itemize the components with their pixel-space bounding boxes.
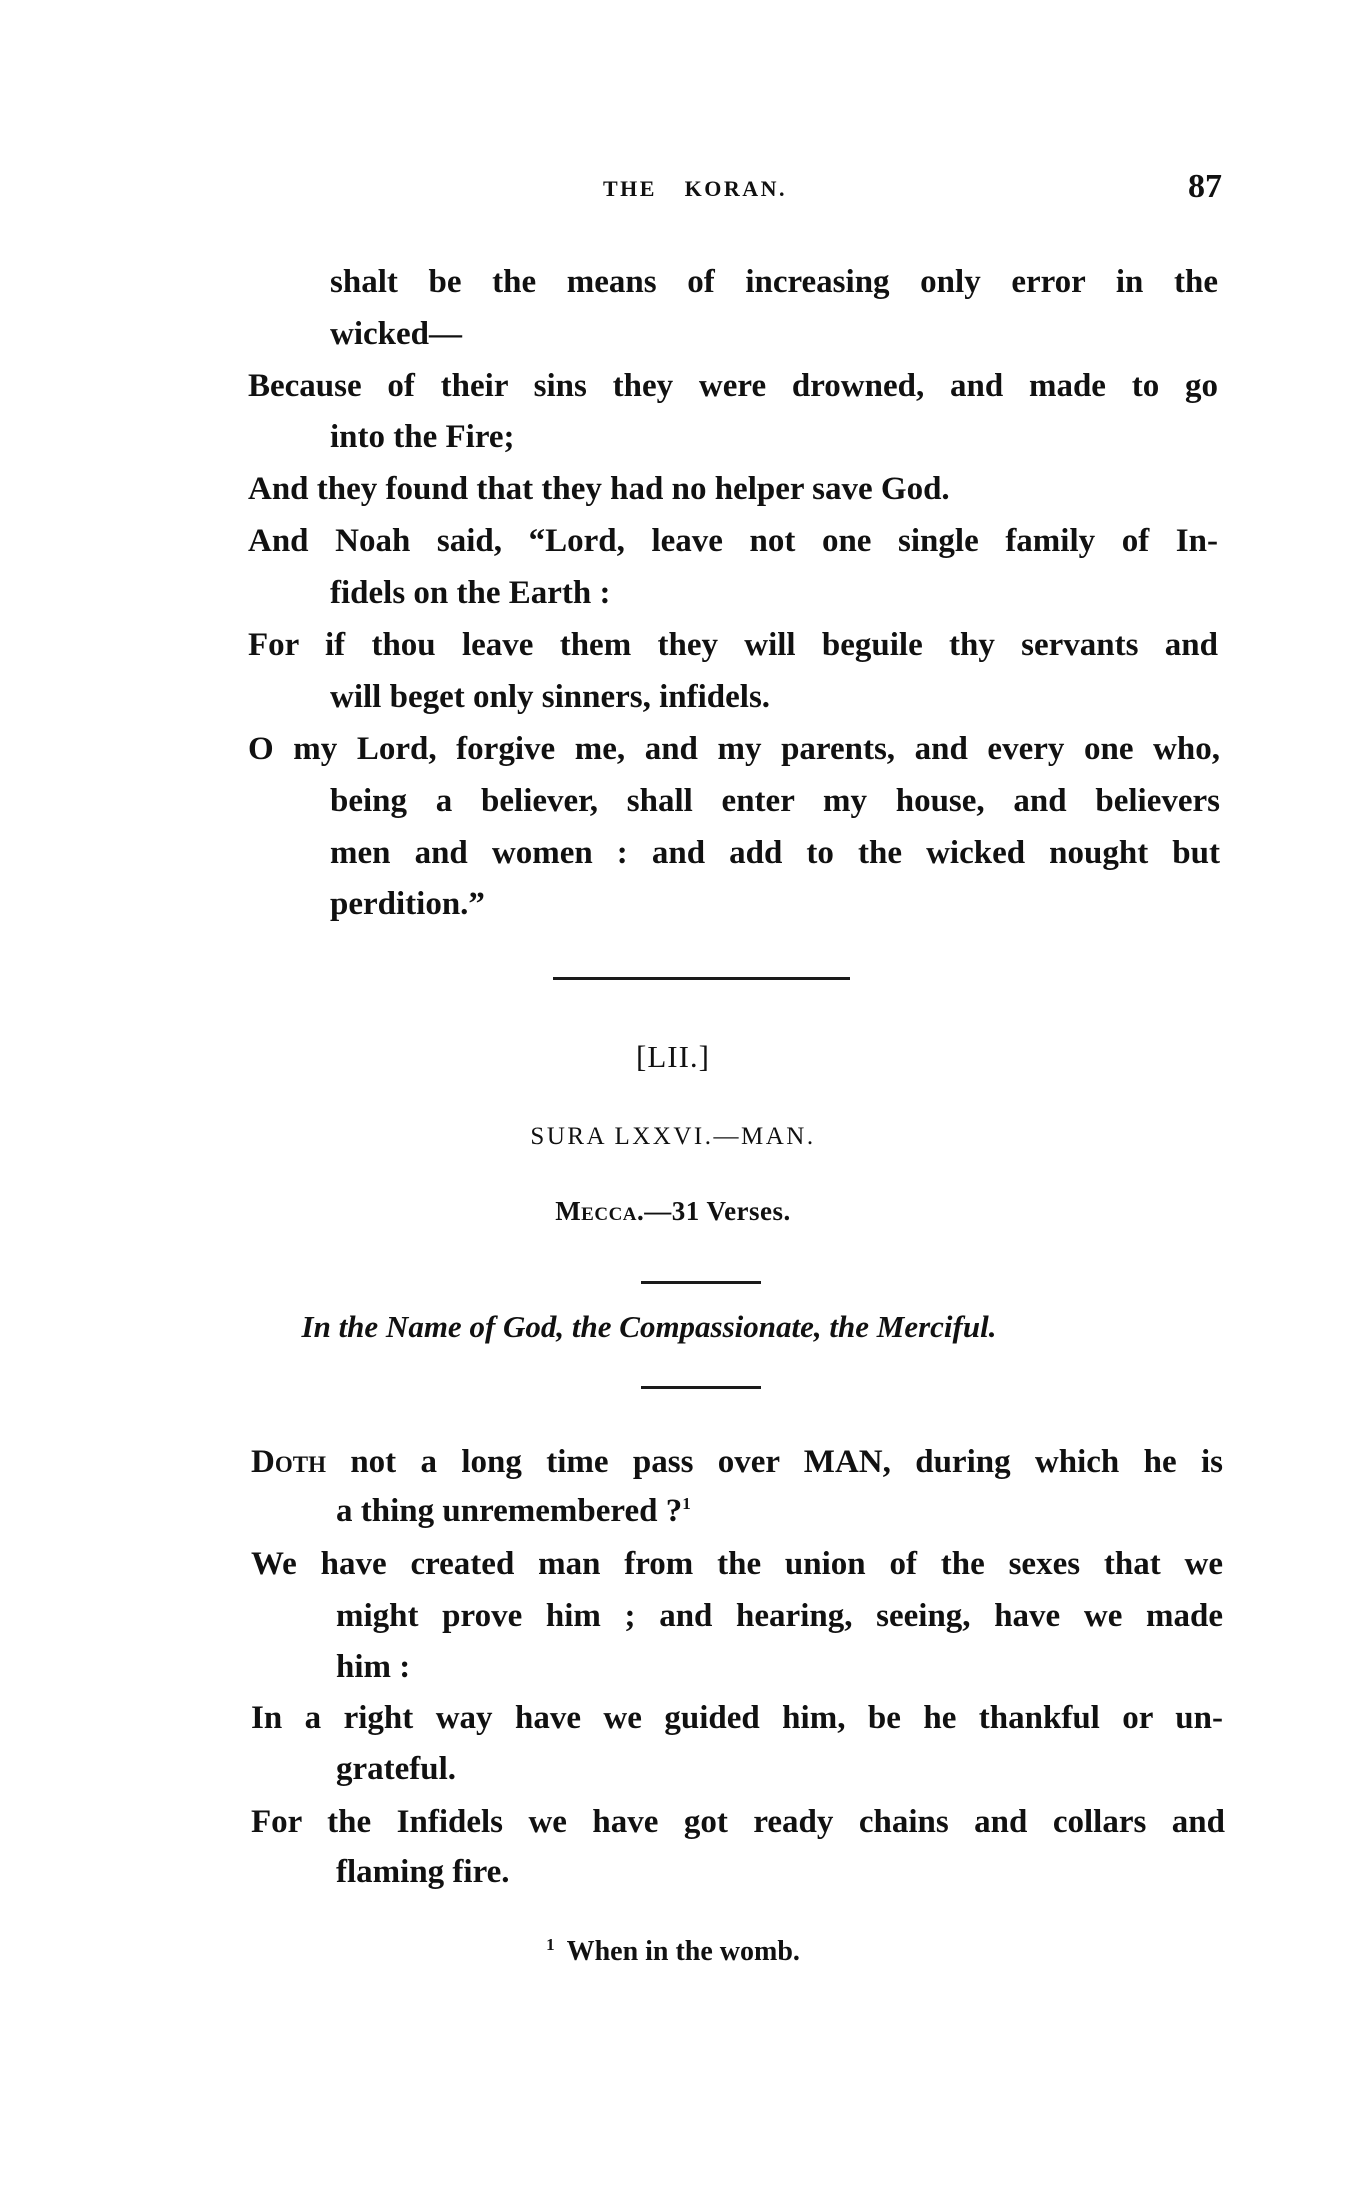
- verse-line: being a believer, shall enter my house, …: [330, 785, 1220, 818]
- verse-line: a thing unremembered ?1: [336, 1495, 691, 1528]
- sura-title: SURA LXXVI.—MAN.: [0, 1123, 1346, 1151]
- invocation-rule-bottom: [641, 1386, 761, 1389]
- footnote-text: When in the womb.: [567, 1936, 800, 1967]
- verse-line: Doth not a long time pass over MAN, duri…: [251, 1446, 1223, 1479]
- verse-line: For if thou leave them they will beguile…: [248, 629, 1218, 662]
- verse-line: him :: [336, 1651, 410, 1684]
- verse-first-word: Doth: [251, 1446, 326, 1479]
- verse-line: into the Fire;: [330, 421, 515, 454]
- verse-line: men and women : and add to the wicked no…: [330, 837, 1220, 870]
- verse-line: shalt be the means of increasing only er…: [330, 266, 1218, 299]
- verse-line: O my Lord, forgive me, and my parents, a…: [248, 733, 1220, 766]
- footnote-reference[interactable]: 1: [682, 1494, 691, 1513]
- book-page: THE KORAN. 87 shalt be the means of incr…: [0, 0, 1346, 2188]
- verse-line: perdition.”: [330, 888, 485, 921]
- invocation-rule-top: [641, 1281, 761, 1284]
- verse-line: For the Infidels we have got ready chain…: [251, 1806, 1225, 1839]
- verse-line-text: a thing unremembered ?: [336, 1493, 682, 1529]
- verse-line: Because of their sins they were drowned,…: [248, 370, 1218, 403]
- page-number: 87: [1184, 170, 1222, 204]
- verse-line: In a right way have we guided him, be he…: [251, 1702, 1223, 1735]
- verse-line: And Noah said, “Lord, leave not one sing…: [248, 525, 1218, 558]
- verse-line: will beget only sinners, infidels.: [330, 681, 770, 714]
- sura-meta: Mecca.—31 Verses.: [0, 1196, 1346, 1226]
- invocation-line: In the Name of God, the Compassionate, t…: [0, 1310, 1322, 1344]
- running-header-title: THE KORAN.: [603, 177, 787, 201]
- footnote-mark: 1: [546, 1935, 555, 1954]
- section-divider-rule: [553, 977, 850, 980]
- sura-meta-verses: .—31 Verses.: [637, 1196, 791, 1226]
- footnote: 1When in the womb.: [0, 1930, 1346, 1967]
- verse-line: fidels on the Earth :: [330, 577, 611, 610]
- verse-line-rest: not a long time pass over MAN, during wh…: [350, 1446, 1223, 1479]
- verse-line: flaming fire.: [336, 1856, 510, 1889]
- verse-line: And they found that they had no helper s…: [248, 473, 950, 506]
- verse-line: wicked—: [330, 318, 462, 351]
- verse-line: might prove him ; and hearing, seeing, h…: [336, 1600, 1223, 1633]
- verse-line: grateful.: [336, 1753, 456, 1786]
- section-number: [LII.]: [0, 1040, 1346, 1074]
- sura-meta-place: Mecca: [555, 1196, 637, 1226]
- verse-line: We have created man from the union of th…: [251, 1548, 1223, 1581]
